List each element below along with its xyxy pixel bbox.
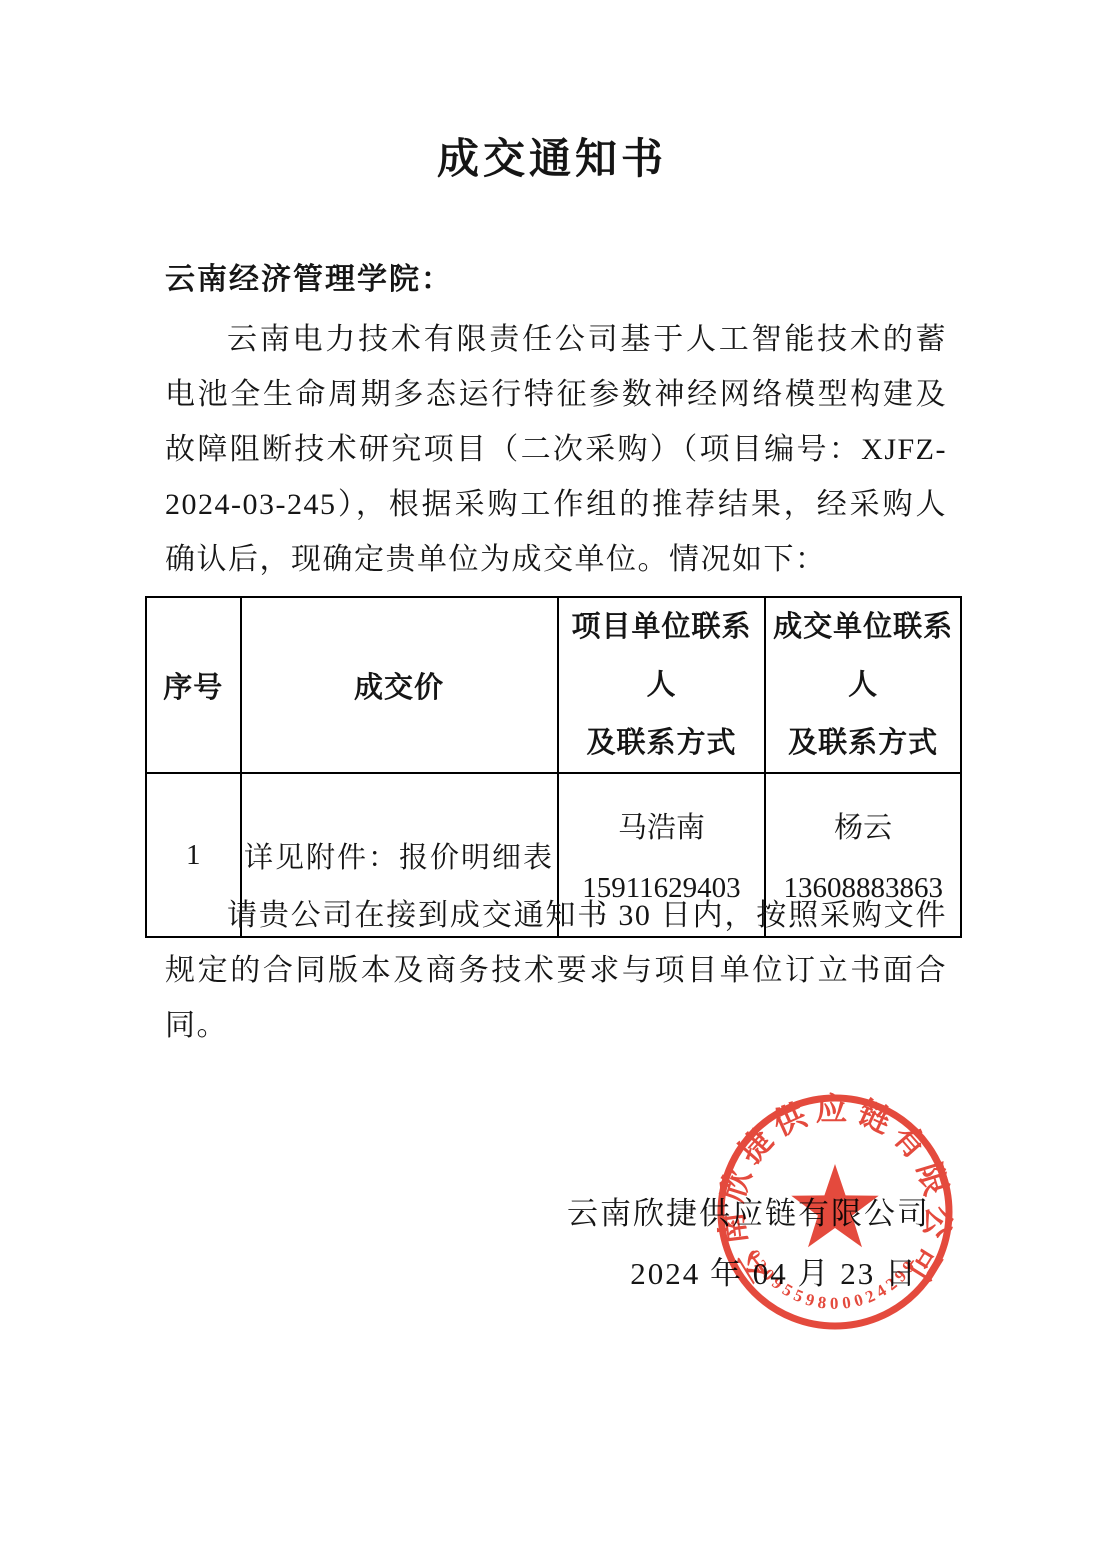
- project-contact-name: 马浩南: [559, 805, 765, 846]
- company-seal: 云南欣捷供应链有限公司 0209559800024299: [712, 1089, 958, 1335]
- seal-star-icon: [791, 1164, 878, 1247]
- winner-contact-name: 杨云: [766, 805, 960, 846]
- table-header-row: 序号 成交价 项目单位联系人 及联系方式 成交单位联系人 及联系方式: [146, 597, 961, 773]
- intro-paragraph: 云南电力技术有限责任公司基于人工智能技术的蓄电池全生命周期多态运行特征参数神经网…: [165, 312, 947, 587]
- award-notice-page: 成交通知书 云南经济管理学院： 云南电力技术有限责任公司基于人工智能技术的蓄电池…: [0, 0, 1104, 1559]
- header-award-price: 成交价: [241, 597, 558, 773]
- header-serial-number: 序号: [146, 597, 241, 773]
- closing-paragraph: 请贵公司在接到成交通知书 30 日内，按照采购文件规定的合同版本及商务技术要求与…: [165, 888, 947, 1053]
- header-project-contact: 项目单位联系人 及联系方式: [558, 597, 766, 773]
- award-table: 序号 成交价 项目单位联系人 及联系方式 成交单位联系人 及联系方式 1 详见附…: [145, 596, 962, 938]
- document-title: 成交通知书: [0, 126, 1104, 186]
- header-winner-contact: 成交单位联系人 及联系方式: [765, 597, 961, 773]
- addressee: 云南经济管理学院：: [165, 254, 453, 298]
